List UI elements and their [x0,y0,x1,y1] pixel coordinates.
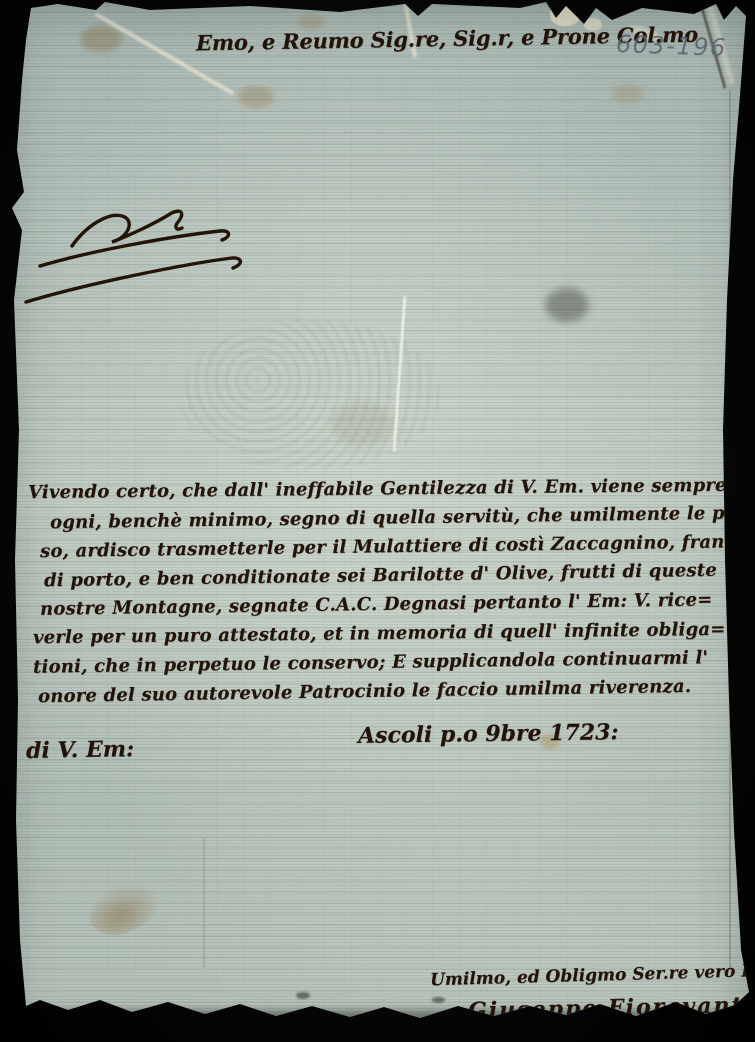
signature-formula: Umilmo, ed Obligmo Ser.re vero Devmo [430,960,755,990]
signature-name: Giuseppe Fioravanti [468,992,754,1024]
fold-line [203,838,205,968]
closing-abbreviation: di V. Em: [26,736,135,764]
scratch [393,296,407,452]
body-line-4: di porto, e ben conditionate sei Barilot… [44,560,717,592]
body-line-7: tioni, che in perpetuo le conservo; E su… [33,647,708,677]
tear-patch [550,4,580,26]
stain [81,871,168,946]
stain [332,402,392,446]
stain [180,320,440,470]
stain [238,86,274,108]
stain [432,997,445,1003]
body-line-8: onore del suo autorevole Patrocinio le f… [38,676,692,707]
dateline: Ascoli p.o 9bre 1723: [358,719,619,749]
stain [296,992,310,999]
stain [545,288,589,322]
body-line-6: verle per un puro attestato, et in memor… [33,619,726,648]
body-line-1: Vivendo certo, che dall' ineffabile Gent… [28,474,755,503]
body-line-3: so, ardisco trasmetterle per il Mulattie… [40,531,755,562]
archival-number: 603-196 [616,30,728,62]
photograph-background: Emo, e Reumo Sig.re, Sig.r, e Prone Col.… [0,0,755,1042]
body-line-5: nostre Montagne, segnate C.A.C. Degnasi … [40,589,713,619]
fold-line [729,90,731,970]
stain [612,84,644,104]
stain [80,26,122,52]
body-line-2: ogni, benchè minimo, segno di quella ser… [50,502,755,533]
registrar-flourish-mark [24,198,254,313]
letter-paper: Emo, e Reumo Sig.re, Sig.r, e Prone Col.… [0,0,755,1042]
